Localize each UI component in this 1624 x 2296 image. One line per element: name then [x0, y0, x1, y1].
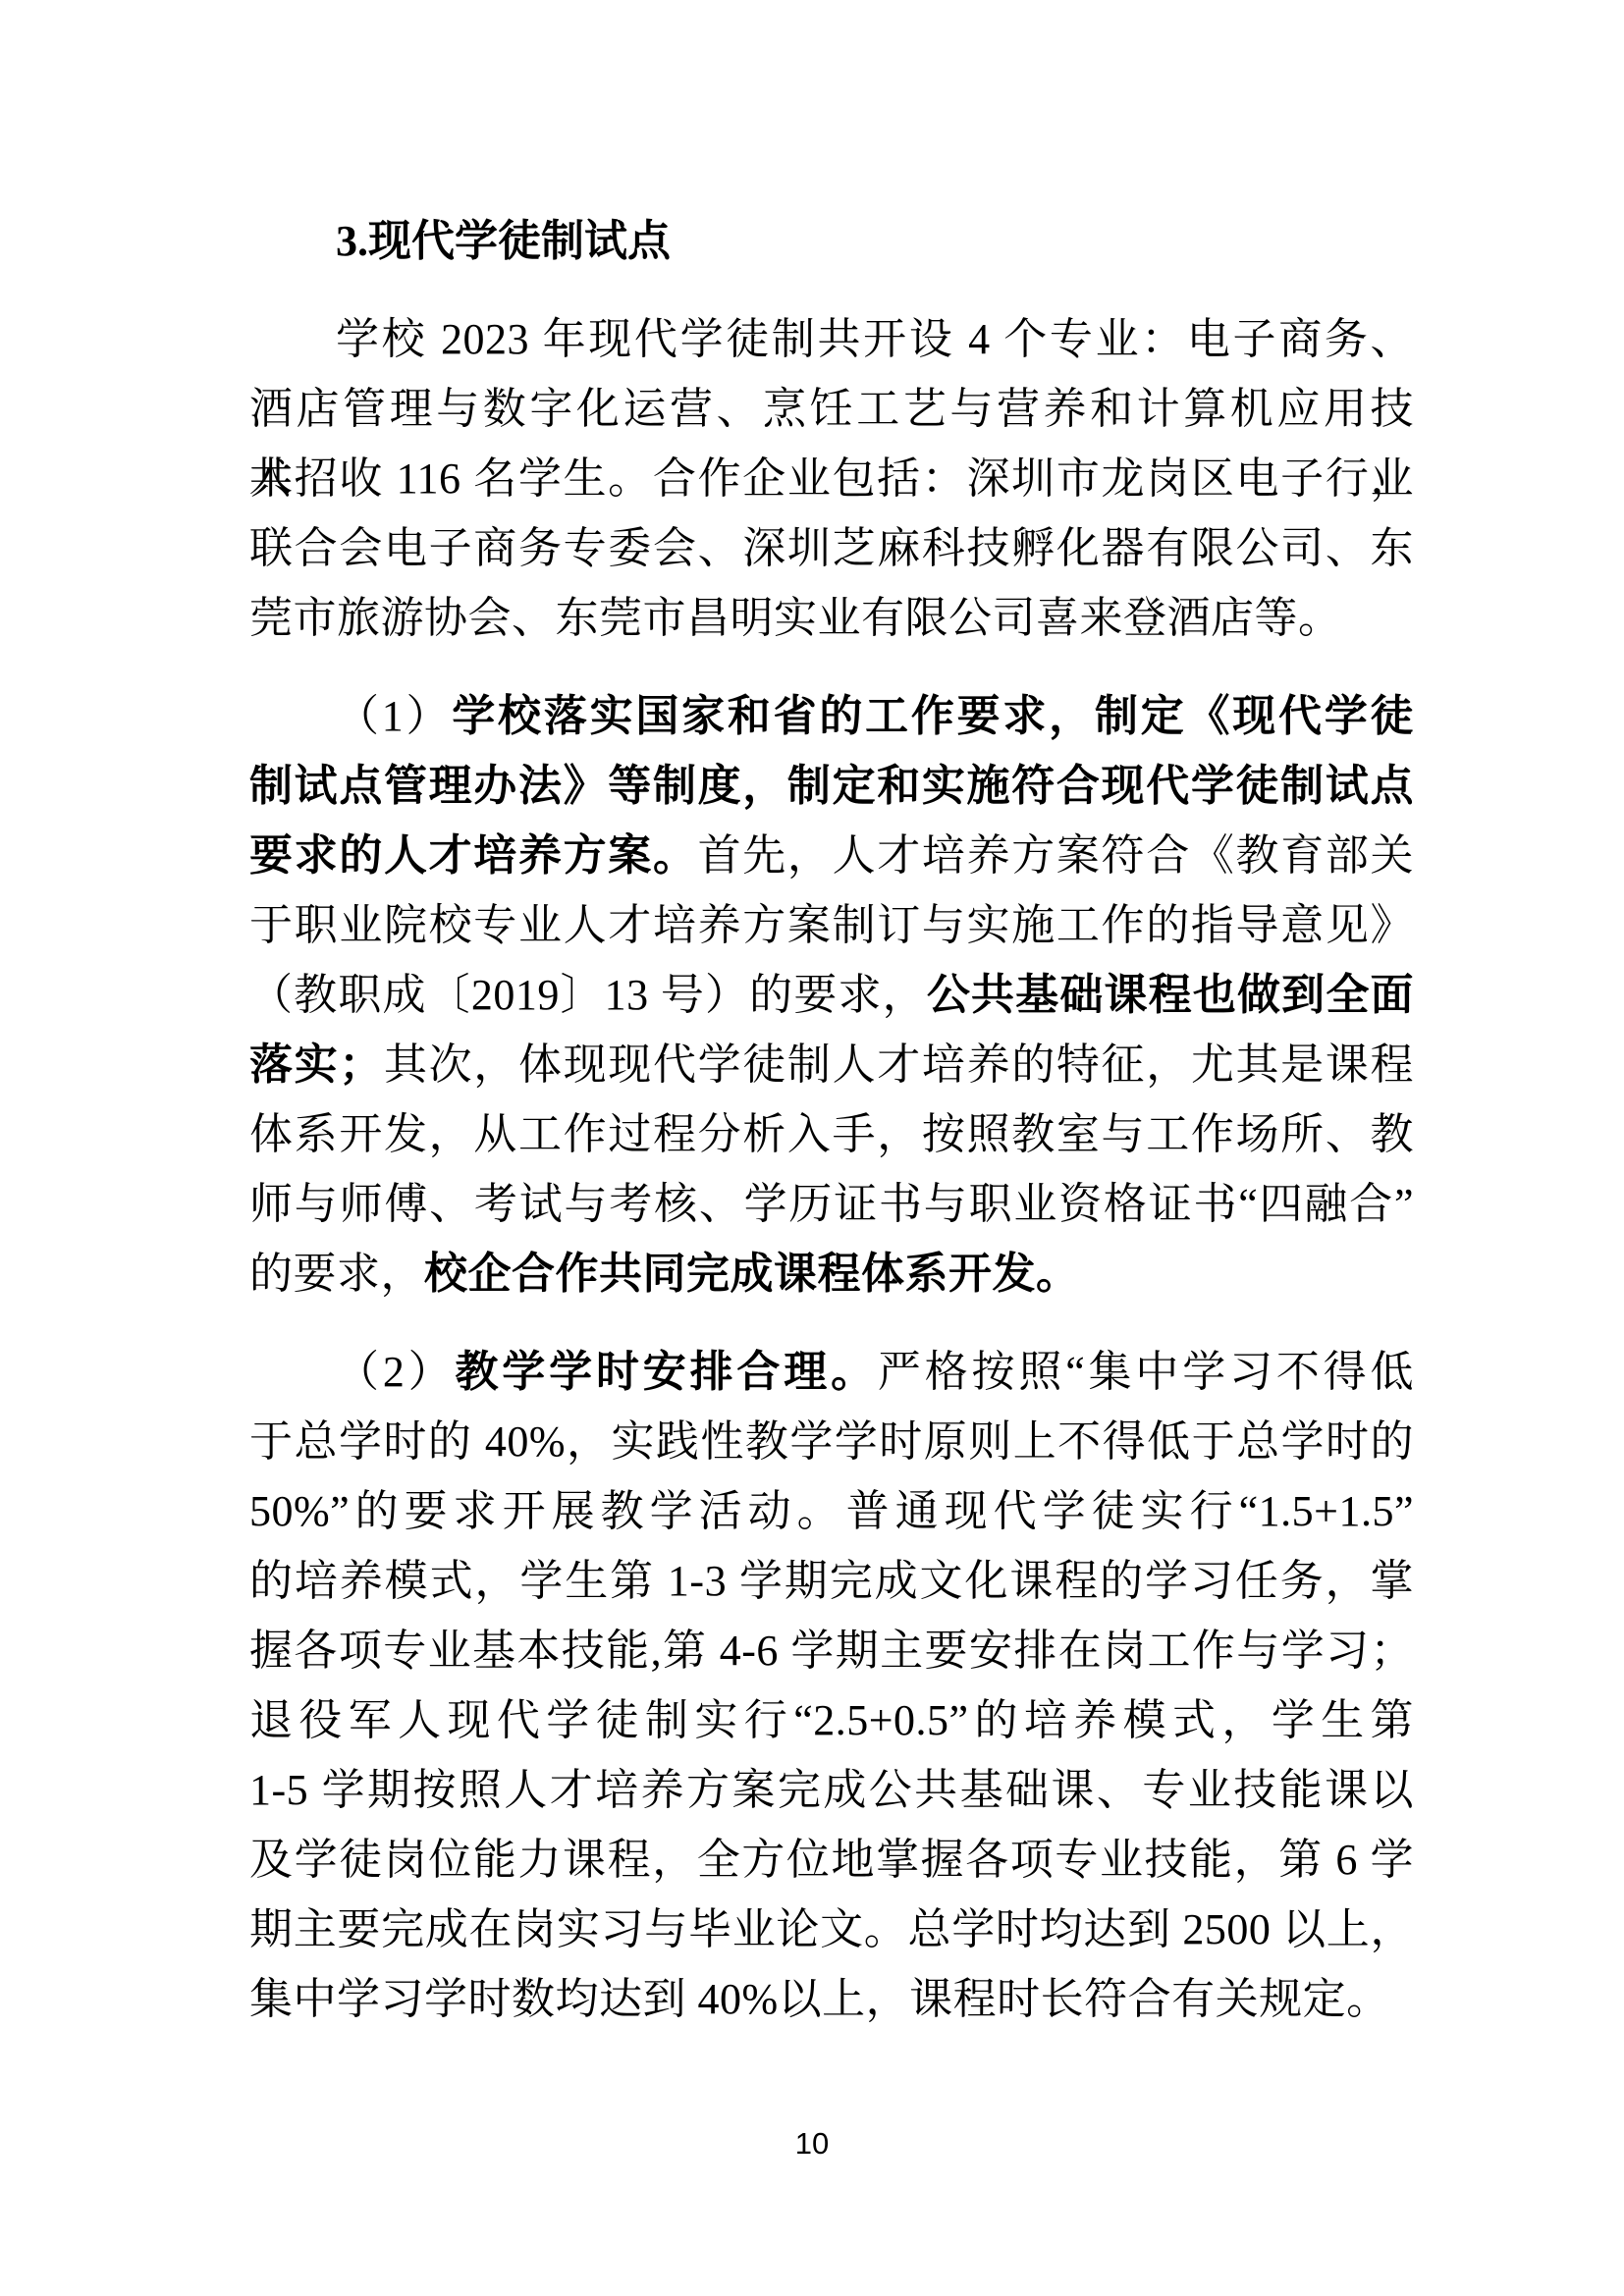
text-line: （1）学校落实国家和省的工作要求，制定《现代学徒 — [249, 681, 1414, 751]
text-segment: 于职业院校专业人才培养方案制订与实施工作的指导意见》 — [249, 901, 1414, 949]
text-line: 50%”的要求开展教学活动。普通现代学徒实行“1.5+1.5” — [249, 1476, 1414, 1546]
text-line: （2）教学学时安排合理。严格按照“集中学习不得低 — [249, 1337, 1414, 1407]
text-line: 的要求，校企合作共同完成课程体系开发。 — [249, 1239, 1414, 1308]
text-line: 要求的人才培养方案。首先，人才培养方案符合《教育部关 — [249, 821, 1414, 890]
text-line: 联合会电子商务专委会、深圳芝麻科技孵化器有限公司、东 — [249, 513, 1414, 583]
text-segment: （教职成〔2019〕13 号）的要求， — [249, 971, 927, 1019]
text-segment: 的培养模式，学生第 1-3 学期完成文化课程的学习任务，掌 — [249, 1557, 1414, 1605]
text-line: 集中学习学时数均达到 40%以上，课程时长符合有关规定。 — [249, 1964, 1414, 2034]
text-line: 莞市旅游协会、东莞市昌明实业有限公司喜来登酒店等。 — [249, 583, 1414, 653]
text-line: 期主要完成在岗实习与毕业论文。总学时均达到 2500 以上， — [249, 1895, 1414, 1964]
text-segment: 体系开发，从工作过程分析入手，按照教室与工作场所、教 — [249, 1110, 1414, 1158]
text-segment: 其次，体现现代学徒制人才培养的特征，尤其是课程 — [383, 1041, 1414, 1089]
text-segment: 严格按照“集中学习不得低 — [878, 1348, 1414, 1396]
document-body: 3.现代学徒制试点 学校 2023 年现代学徒制共开设 4 个专业：电子商务、酒… — [249, 206, 1414, 2034]
text-segment: 集中学习学时数均达到 40%以上，课程时长符合有关规定。 — [249, 1975, 1390, 2023]
bold-text-segment: 教学学时安排合理。 — [455, 1348, 877, 1396]
text-segment: （2） — [336, 1348, 455, 1396]
text-segment: 联合会电子商务专委会、深圳芝麻科技孵化器有限公司、东 — [249, 524, 1414, 572]
text-segment: 1-5 学期按照人才培养方案完成公共基础课、专业技能课以 — [249, 1766, 1414, 1814]
text-line: 于职业院校专业人才培养方案制订与实施工作的指导意见》 — [249, 890, 1414, 960]
text-segment: 学校 2023 年现代学徒制共开设 4 个专业：电子商务、 — [336, 315, 1414, 363]
bold-text-segment: 制试点管理办法》等制度，制定和实施符合现代学徒制试点 — [249, 762, 1414, 810]
text-segment: 50%”的要求开展教学活动。普通现代学徒实行“1.5+1.5” — [249, 1487, 1414, 1535]
bold-text-segment: 学校落实国家和省的工作要求，制定《现代学徒 — [452, 692, 1414, 740]
paragraph: 学校 2023 年现代学徒制共开设 4 个专业：电子商务、酒店管理与数字化运营、… — [249, 304, 1414, 653]
text-line: 握各项专业基本技能,第 4-6 学期主要安排在岗工作与学习； — [249, 1616, 1414, 1685]
text-line: 落实；其次，体现现代学徒制人才培养的特征，尤其是课程 — [249, 1030, 1414, 1099]
text-segment: 师与师傅、考试与考核、学历证书与职业资格证书“四融合” — [249, 1180, 1414, 1228]
text-line: 及学徒岗位能力课程，全方位地掌握各项专业技能，第 6 学 — [249, 1825, 1414, 1895]
page-number: 10 — [0, 2126, 1624, 2162]
text-line: 1-5 学期按照人才培养方案完成公共基础课、专业技能课以 — [249, 1755, 1414, 1825]
text-line: 制试点管理办法》等制度，制定和实施符合现代学徒制试点 — [249, 751, 1414, 821]
text-line: 共招收 116 名学生。合作企业包括：深圳市龙岗区电子行业 — [249, 444, 1414, 513]
text-segment: 及学徒岗位能力课程，全方位地掌握各项专业技能，第 6 学 — [249, 1836, 1414, 1884]
text-segment: 的要求， — [249, 1250, 424, 1298]
text-segment: 握各项专业基本技能,第 4-6 学期主要安排在岗工作与学习； — [249, 1627, 1414, 1675]
bold-text-segment: 要求的人才培养方案。 — [249, 831, 698, 880]
text-segment: （1） — [336, 692, 452, 740]
text-line: 于总学时的 40%，实践性教学学时原则上不得低于总学时的 — [249, 1407, 1414, 1476]
text-line: 师与师傅、考试与考核、学历证书与职业资格证书“四融合” — [249, 1169, 1414, 1239]
text-segment: 莞市旅游协会、东莞市昌明实业有限公司喜来登酒店等。 — [249, 594, 1342, 642]
text-line: 酒店管理与数字化运营、烹饪工艺与营养和计算机应用技术， — [249, 374, 1414, 444]
text-segment: 于总学时的 40%，实践性教学学时原则上不得低于总学时的 — [249, 1417, 1414, 1466]
paragraph: （2）教学学时安排合理。严格按照“集中学习不得低于总学时的 40%，实践性教学学… — [249, 1337, 1414, 2034]
text-segment: 期主要完成在岗实习与毕业论文。总学时均达到 2500 以上， — [249, 1905, 1414, 1953]
text-segment: 首先，人才培养方案符合《教育部关 — [698, 831, 1414, 880]
text-line: 的培养模式，学生第 1-3 学期完成文化课程的学习任务，掌 — [249, 1546, 1414, 1616]
bold-text-segment: 落实； — [249, 1041, 383, 1089]
text-line: 体系开发，从工作过程分析入手，按照教室与工作场所、教 — [249, 1099, 1414, 1169]
text-segment: 退役军人现代学徒制实行“2.5+0.5”的培养模式，学生第 — [249, 1696, 1414, 1744]
text-line: （教职成〔2019〕13 号）的要求，公共基础课程也做到全面 — [249, 960, 1414, 1030]
bold-text-segment: 公共基础课程也做到全面 — [927, 971, 1414, 1019]
bold-text-segment: 校企合作共同完成课程体系开发。 — [424, 1250, 1080, 1298]
text-segment: 共招收 116 名学生。合作企业包括：深圳市龙岗区电子行业 — [249, 454, 1414, 503]
paragraph: （1）学校落实国家和省的工作要求，制定《现代学徒制试点管理办法》等制度，制定和实… — [249, 681, 1414, 1308]
text-line: 学校 2023 年现代学徒制共开设 4 个专业：电子商务、 — [249, 304, 1414, 374]
section-heading: 3.现代学徒制试点 — [249, 206, 1414, 276]
text-line: 退役军人现代学徒制实行“2.5+0.5”的培养模式，学生第 — [249, 1685, 1414, 1755]
document-page: 3.现代学徒制试点 学校 2023 年现代学徒制共开设 4 个专业：电子商务、酒… — [0, 0, 1624, 2296]
